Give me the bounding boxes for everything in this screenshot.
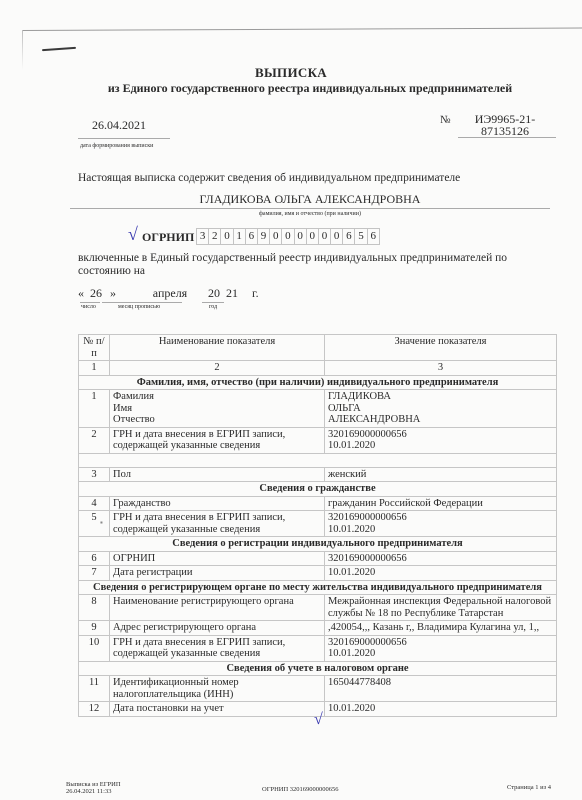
row-number: 5 — [79, 511, 110, 537]
section-title: Сведения об учете в налоговом органе — [79, 661, 557, 676]
row-number: 7 — [79, 566, 110, 581]
page-edge — [22, 28, 582, 31]
year-underline — [202, 302, 224, 303]
table-row: 5ГРН и дата внесения в ЕГРИП записи, сод… — [79, 511, 557, 537]
ogrnip-digit-box: 0 — [306, 228, 318, 245]
name-caption: фамилия, имя и отчество (при наличии) — [70, 211, 550, 217]
indicator-value: Межрайонная инспекция Федеральной налого… — [325, 595, 557, 621]
section-title: Сведения о регистрации индивидуального п… — [79, 537, 557, 552]
row-number: 9 — [79, 621, 110, 636]
ogrnip-digit-box: 6 — [342, 228, 354, 245]
ogrnip-digit-box: 3 — [196, 228, 208, 245]
day-caption: число — [81, 304, 96, 310]
table-row: 11Идентификационный номер налогоплательщ… — [79, 676, 557, 702]
header-indicator-value: Значение показателя — [325, 335, 557, 361]
indicator-value: 320169000000656 10.01.2020 — [325, 511, 557, 537]
as-of-year: 21 — [224, 286, 240, 301]
colnum-1: 1 — [79, 361, 110, 376]
ogrnip-digit-box: 6 — [367, 228, 380, 245]
document-title: ВЫПИСКА — [0, 65, 582, 81]
ogrnip-digit-box: 2 — [208, 228, 220, 245]
footer-timestamp: 26.04.2021 11:33 — [66, 788, 121, 795]
section-header-row: Сведения о гражданстве — [79, 482, 557, 497]
indicator-name: ГРН и дата внесения в ЕГРИП записи, соде… — [110, 511, 325, 537]
table-row: 10ГРН и дата внесения в ЕГРИП записи, со… — [79, 635, 557, 661]
open-quote: « — [78, 286, 84, 301]
row-number: 3 — [79, 467, 110, 482]
document-subtitle: из Единого государственного реестра инди… — [100, 81, 520, 96]
ogrnip-digit-box: 0 — [330, 228, 342, 245]
header-number: № п/п — [79, 335, 110, 361]
colnum-3: 3 — [325, 361, 557, 376]
row-number: 8 — [79, 595, 110, 621]
table-row: 8Наименование регистрирующего органаМежр… — [79, 595, 557, 621]
indicator-value: 320169000000656 — [325, 551, 557, 566]
footer-ogrnip: ОГРНИП 320169000000656 — [262, 786, 339, 793]
ogrnip-digit-box: 5 — [354, 228, 366, 245]
header-indicator-name: Наименование показателя — [110, 335, 325, 361]
ogrnip-digit-box: 6 — [245, 228, 257, 245]
section-header-row: Фамилия, имя, отчество (при наличии) инд… — [79, 375, 557, 390]
month-underline — [102, 302, 182, 303]
footer-doc-name: Выписка из ЕГРИП — [66, 781, 121, 788]
indicator-value: женский — [325, 467, 557, 482]
indicator-value: ГЛАДИКОВА ОЛЬГА АЛЕКСАНДРОВНА — [325, 390, 557, 428]
indicator-name: Наименование регистрирующего органа — [110, 595, 325, 621]
row-number: 4 — [79, 496, 110, 511]
statement-date: 26.04.2021 — [92, 118, 146, 133]
year-caption: год — [209, 304, 217, 310]
indicator-value: гражданин Российской Федерации — [325, 496, 557, 511]
table-row: 1Фамилия Имя ОтчествоГЛАДИКОВА ОЛЬГА АЛЕ… — [79, 390, 557, 428]
month-caption: месяц прописью — [118, 304, 160, 310]
day-underline — [80, 302, 100, 303]
section-header-row: Сведения о регистрации индивидуального п… — [79, 537, 557, 552]
spacer-cell — [79, 453, 557, 467]
section-title: Сведения о гражданстве — [79, 482, 557, 497]
as-of-month: апреля — [120, 286, 220, 301]
table-row: 9Адрес регистрирующего органа,420054,,, … — [79, 621, 557, 636]
indicator-value: 320169000000656 10.01.2020 — [325, 635, 557, 661]
indicator-name: Адрес регистрирующего органа — [110, 621, 325, 636]
entrepreneur-name: ГЛАДИКОВА ОЛЬГА АЛЕКСАНДРОВНА — [70, 192, 550, 207]
table-row: 7Дата регистрации10.01.2020 — [79, 566, 557, 581]
indicator-value: 10.01.2020 — [325, 566, 557, 581]
indicator-value: 320169000000656 10.01.2020 — [325, 427, 557, 453]
indicator-name: Идентификационный номер налогоплательщик… — [110, 676, 325, 702]
section-header-row: Сведения о регистрирующем органе по мест… — [79, 580, 557, 595]
indicator-name: Пол — [110, 467, 325, 482]
spacer-row — [79, 453, 557, 467]
row-number: 6 — [79, 551, 110, 566]
indicator-name: ГРН и дата внесения в ЕГРИП записи, соде… — [110, 635, 325, 661]
footer-page-number: Страница 1 из 4 — [507, 784, 551, 791]
table-row: 6ОГРНИП320169000000656 — [79, 551, 557, 566]
ogrnip-digit-box: 0 — [281, 228, 293, 245]
close-quote: » — [110, 286, 116, 301]
date-caption: дата формирования выписки — [80, 143, 153, 149]
ogrnip-digit-box: 0 — [318, 228, 330, 245]
table-row: 4Гражданствогражданин Российской Федерац… — [79, 496, 557, 511]
table-colnum-row: 123 — [79, 361, 557, 376]
register-table: № п/пНаименование показателяЗначение пок… — [78, 334, 557, 717]
as-of-century: 20 — [208, 286, 220, 301]
table-row: 2ГРН и дата внесения в ЕГРИП записи, сод… — [79, 427, 557, 453]
as-of-day: 26 — [88, 286, 104, 301]
table-row: 3Полженский — [79, 467, 557, 482]
number-underline — [458, 137, 556, 138]
section-title: Фамилия, имя, отчество (при наличии) инд… — [79, 375, 557, 390]
ogrnip-digit-box: 0 — [269, 228, 281, 245]
row-number: 12 — [79, 702, 110, 717]
ogrnip-label: ОГРНИП — [142, 230, 194, 245]
colnum-2: 2 — [110, 361, 325, 376]
indicator-name: ОГРНИП — [110, 551, 325, 566]
ogrnip-digit-box: 0 — [294, 228, 306, 245]
page-edge-left — [22, 30, 23, 70]
row-number: 1 — [79, 390, 110, 428]
indicator-value: ,420054,,, Казань г,, Владимира Кулагина… — [325, 621, 557, 636]
handwritten-check-icon-inn: √ — [314, 712, 323, 728]
indicator-value: 165044778408 — [325, 676, 557, 702]
number-sign: № — [440, 114, 451, 126]
row-number: 2 — [79, 427, 110, 453]
stray-mark: ▪ — [100, 518, 103, 527]
indicator-value: 10.01.2020 — [325, 702, 557, 717]
date-underline — [78, 138, 170, 139]
ogrnip-digit-box: 9 — [257, 228, 269, 245]
indicator-name: Дата постановки на учет — [110, 702, 325, 717]
handwritten-check-icon: √ — [128, 225, 138, 243]
footer-left: Выписка из ЕГРИП 26.04.2021 11:33 — [66, 781, 121, 795]
ogrnip-digit-box: 1 — [233, 228, 245, 245]
table-header-row: № п/пНаименование показателяЗначение пок… — [79, 335, 557, 361]
indicator-name: Гражданство — [110, 496, 325, 511]
indicator-name: Фамилия Имя Отчество — [110, 390, 325, 428]
intro-text: Настоящая выписка содержит сведения об и… — [78, 172, 460, 184]
statement-number: ИЭ9965-21-87135126 — [470, 113, 540, 137]
ogrnip-digit-boxes: 320169000000656 — [196, 228, 380, 245]
ogrnip-digit-box: 0 — [220, 228, 232, 245]
section-header-row: Сведения об учете в налоговом органе — [79, 661, 557, 676]
row-number: 10 — [79, 635, 110, 661]
name-underline — [70, 208, 550, 209]
year-suffix: г. — [252, 286, 259, 301]
row-number: 11 — [79, 676, 110, 702]
pen-mark — [42, 47, 76, 51]
included-text: включенные в Единый государственный реес… — [78, 252, 518, 278]
section-title: Сведения о регистрирующем органе по мест… — [79, 580, 557, 595]
indicator-name: ГРН и дата внесения в ЕГРИП записи, соде… — [110, 427, 325, 453]
indicator-name: Дата регистрации — [110, 566, 325, 581]
